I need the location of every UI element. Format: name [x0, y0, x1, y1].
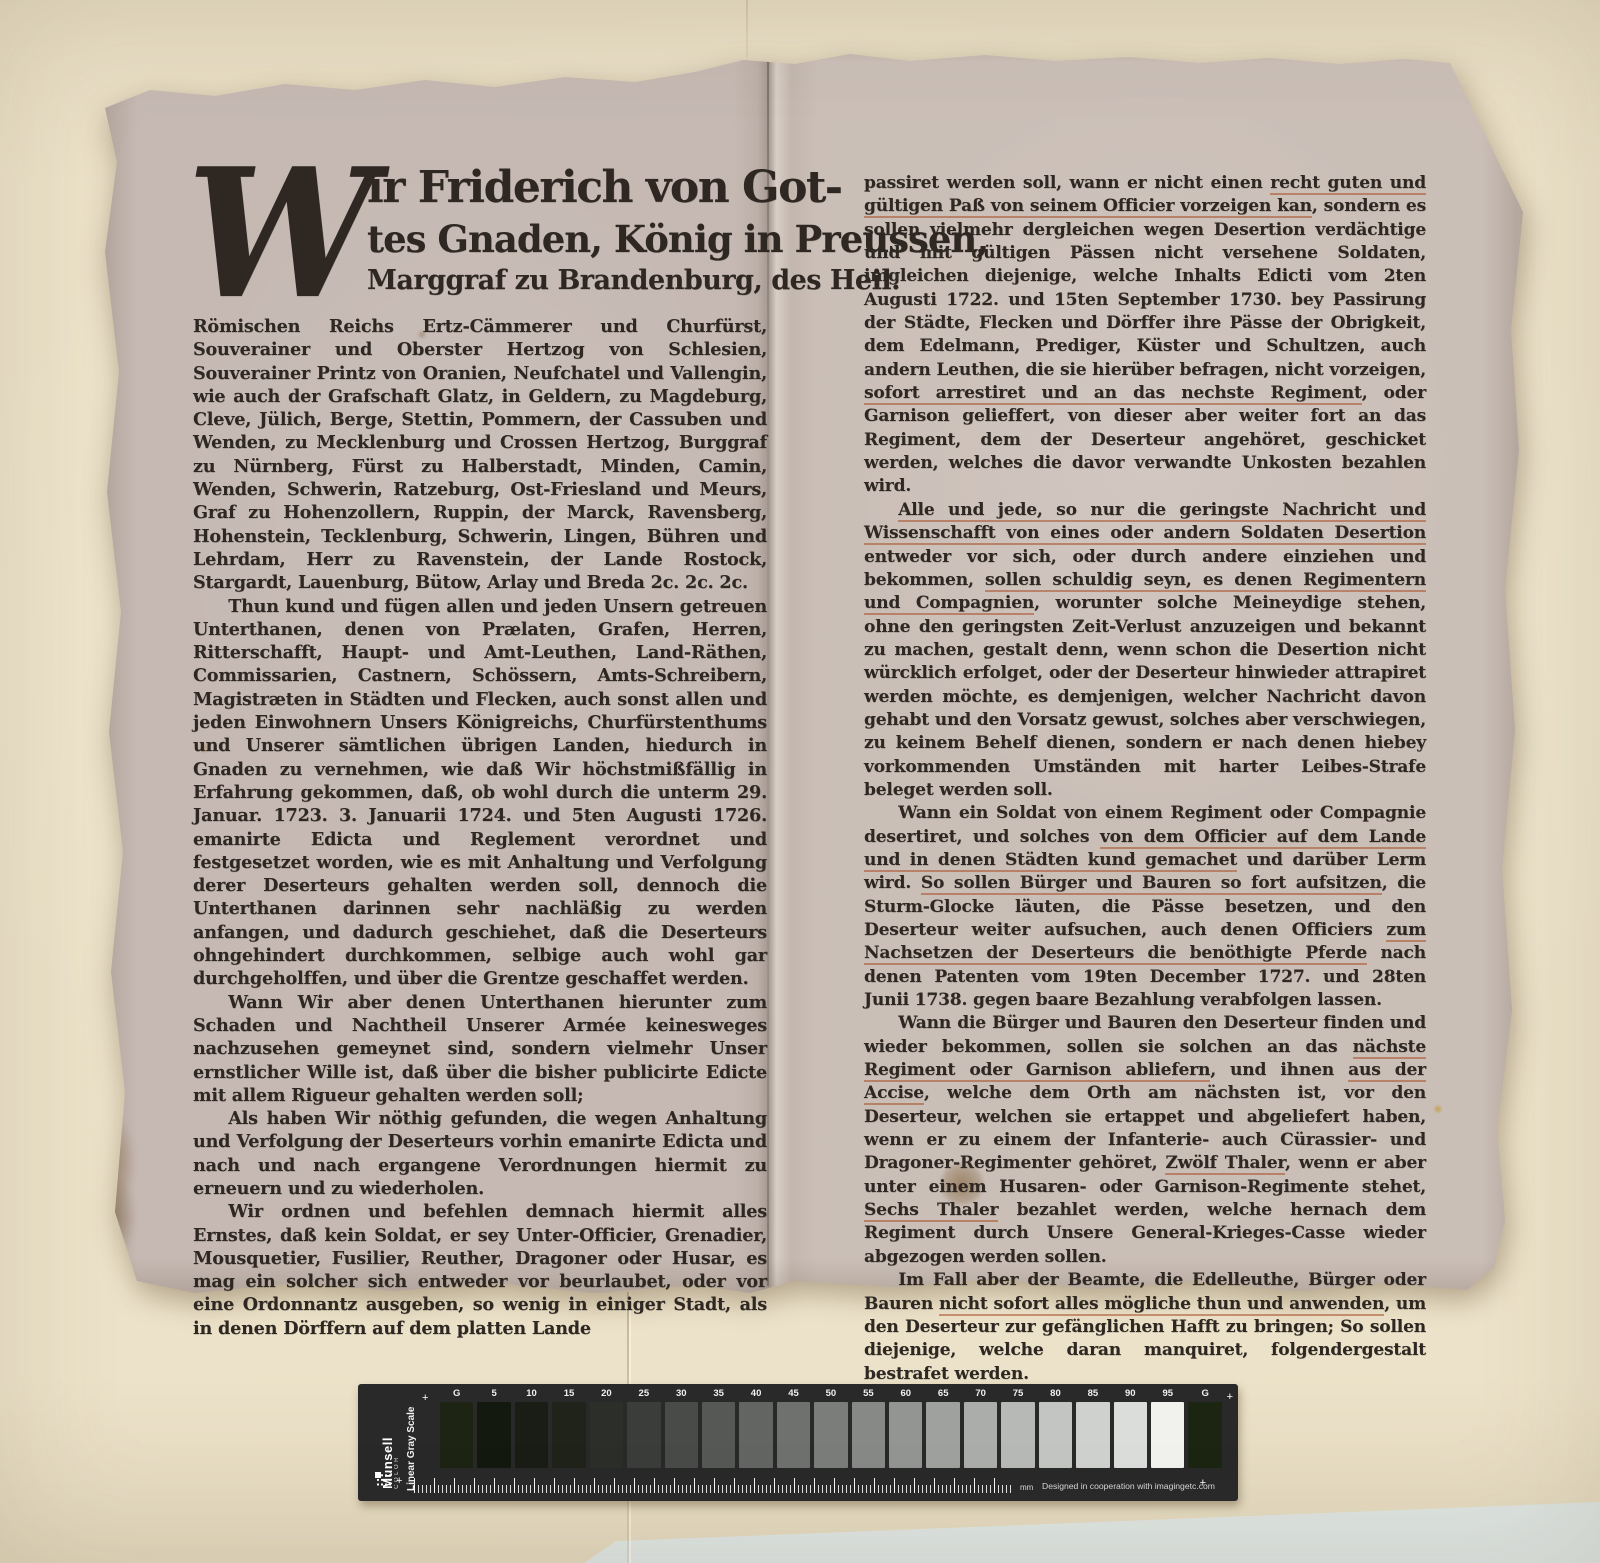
gray-patch	[665, 1402, 698, 1468]
paragraph: Alle und jede, so nur die geringste Nach…	[864, 499, 1426, 802]
gray-patch	[964, 1402, 997, 1468]
red-underline: sollen schuldig seyn, es denen Regimente…	[864, 570, 1426, 615]
stain	[1433, 1104, 1443, 1114]
patch-row	[440, 1402, 1222, 1468]
patch-label: 25	[627, 1388, 660, 1400]
paragraph: Wann ein Soldat von einem Regiment oder …	[864, 802, 1426, 1012]
patch-label: 45	[777, 1388, 810, 1400]
scale-label: Linear Gray Scale	[406, 1394, 417, 1491]
paragraph: Römischen Reichs Ertz-Cämmerer und Churf…	[193, 315, 767, 595]
brand-name: Munsell	[380, 1437, 395, 1489]
registration-plus-mark: +	[422, 1393, 428, 1404]
patch-label: 5	[477, 1388, 510, 1400]
paragraph: Wann Wir aber denen Unterthanen hierunte…	[193, 991, 767, 1107]
paragraph: Im Fall aber der Beamte, die Edelleuthe,…	[864, 1269, 1426, 1386]
patch-label: G	[440, 1388, 473, 1400]
patch-label: 90	[1114, 1388, 1147, 1400]
patch-label: 10	[515, 1388, 548, 1400]
patch-label: 30	[665, 1388, 698, 1400]
paragraph: Wann die Bürger und Bauren den Deserteur…	[864, 1012, 1426, 1269]
gray-patch	[552, 1402, 585, 1468]
red-underline: Alle und jede, so nur die geringste Nach…	[864, 500, 1426, 545]
patch-label: 75	[1001, 1388, 1034, 1400]
stain	[81, 1098, 153, 1256]
gray-patch	[814, 1402, 847, 1468]
patch-label: 95	[1151, 1388, 1184, 1400]
red-underline: nicht sofort alles mögliche thun und anw…	[939, 1294, 1384, 1316]
gray-scale-bar: Munsell COLOR Linear Gray Scale + + + + …	[358, 1384, 1238, 1501]
gray-patch	[440, 1402, 473, 1468]
ruler-unit-label: mm	[1020, 1483, 1033, 1492]
red-underline: Zwölf Thaler	[1165, 1153, 1285, 1175]
patch-label: 85	[1076, 1388, 1109, 1400]
page-left-text: W ir Friderich von Got- tes Gnaden, Köni…	[193, 154, 767, 1340]
drop-cap-initial: W	[193, 154, 367, 321]
page-right-text: passiret werden soll, wann er nicht eine…	[864, 172, 1426, 1386]
patch-label: 70	[964, 1388, 997, 1400]
left-page-paragraphs: Römischen Reichs Ertz-Cämmerer und Churf…	[193, 312, 767, 1340]
paragraph: Als haben Wir nöthig gefunden, die wegen…	[193, 1107, 767, 1200]
gray-patch	[1001, 1402, 1034, 1468]
edict-title: W ir Friderich von Got- tes Gnaden, Köni…	[193, 154, 767, 298]
registration-plus-mark: +	[396, 1476, 402, 1487]
patch-label: 65	[926, 1388, 959, 1400]
stain	[97, 202, 106, 211]
gray-patch	[1188, 1402, 1221, 1468]
gray-patch	[777, 1402, 810, 1468]
red-underline: Sechs Thaler	[864, 1200, 998, 1222]
gray-patch	[1076, 1402, 1109, 1468]
paragraph: passiret werden soll, wann er nicht eine…	[864, 172, 1426, 499]
gray-patch	[852, 1402, 885, 1468]
gray-patch	[739, 1402, 772, 1468]
patch-label: 40	[739, 1388, 772, 1400]
patch-label-row: G5101520253035404550556065707580859095G	[440, 1388, 1222, 1400]
red-underline: sofort arrestiret und an das nechste Reg…	[864, 383, 1362, 405]
patch-label: 15	[552, 1388, 585, 1400]
patch-label: 55	[852, 1388, 885, 1400]
patch-label: 20	[590, 1388, 623, 1400]
gray-patch	[1114, 1402, 1147, 1468]
gray-patch	[627, 1402, 660, 1468]
gray-patch	[590, 1402, 623, 1468]
gray-patch	[889, 1402, 922, 1468]
credit-text: Designed in cooperation with imagingetc.…	[1042, 1481, 1215, 1491]
red-underline: von dem Officier auf dem Lande und in de…	[864, 827, 1426, 872]
registration-plus-mark: +	[1227, 1392, 1233, 1403]
patch-label: 50	[814, 1388, 847, 1400]
patch-label: 60	[889, 1388, 922, 1400]
paragraph: Wir ordnen und befehlen demnach hiermit …	[193, 1200, 767, 1340]
mm-ruler	[414, 1478, 1014, 1493]
red-underline: So sollen Bürger und Bauren so fort aufs…	[921, 873, 1382, 895]
gray-patch	[926, 1402, 959, 1468]
photograph: W ir Friderich von Got- tes Gnaden, Köni…	[0, 0, 1600, 1563]
gray-patch	[1039, 1402, 1072, 1468]
gray-patch	[1151, 1402, 1184, 1468]
gray-patch	[515, 1402, 548, 1468]
red-underline: nächste Regiment oder Garnison abliefern	[864, 1037, 1426, 1082]
patch-label: 80	[1039, 1388, 1072, 1400]
right-page-paragraphs: passiret werden soll, wann er nicht eine…	[864, 172, 1426, 1386]
gray-patch	[702, 1402, 735, 1468]
patch-label: G	[1188, 1388, 1221, 1400]
red-underline: recht guten und gültigen Paß von seinem …	[864, 173, 1426, 218]
paragraph: Thun kund und fügen allen und jeden Unse…	[193, 595, 767, 991]
gray-patch	[477, 1402, 510, 1468]
red-underline: zum Nachsetzen der Deserteurs die benöth…	[864, 920, 1426, 965]
patch-label: 35	[702, 1388, 735, 1400]
